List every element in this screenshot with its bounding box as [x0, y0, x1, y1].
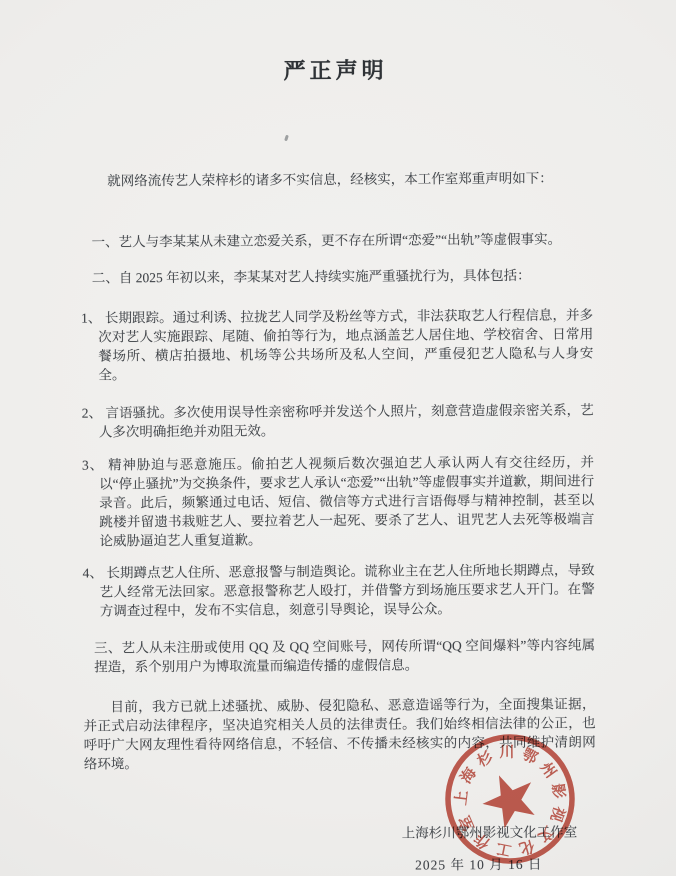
- harassment-item-4: 4、 长期蹲点艺人住所、恶意报警与制造舆论。谎称业主在艺人住所地长期蹲点，导致艺…: [83, 560, 595, 620]
- intro-paragraph: 就网络流传艺人荣梓杉的诸多不实信息，经核实，本工作室郑重声明如下：: [80, 168, 592, 190]
- clause-two: 二、自 2025 年初以来，李某某对艺人持续实施严重骚扰行为，具体包括：: [92, 265, 593, 287]
- statement-body: 严正声明 就网络流传艺人荣梓杉的诸多不实信息，经核实，本工作室郑重声明如下： 一…: [80, 54, 597, 876]
- statement-date: 2025 年 10 月 16 日: [84, 855, 542, 876]
- closing-paragraph: 目前，我方已就上述骚扰、威胁、侵犯隐私、恶意造谣等行为，全面搜集证据，并正式启动…: [83, 694, 595, 773]
- harassment-item-1: 1、 长期跟踪。通过利诱、拉拢艺人同学及粉丝等方式，非法获取艺人行程信息，并多次…: [81, 305, 593, 384]
- statement-title: 严正声明: [80, 54, 592, 87]
- harassment-item-3: 3、 精神胁迫与恶意施压。偷拍艺人视频后数次强迫艺人承认两人有交往经历，并以“停…: [82, 452, 595, 550]
- harassment-item-2: 2、 言语骚扰。多次使用误导性亲密称呼并发送个人照片，刻意营造虚假亲密关系，艺人…: [82, 400, 594, 441]
- clause-three: 三、艺人从未注册或使用 QQ 及 QQ 空间账号，网传所谓“QQ 空间爆料”等内…: [94, 635, 595, 676]
- document-page: 严正声明 就网络流传艺人荣梓杉的诸多不实信息，经核实，本工作室郑重声明如下： 一…: [0, 0, 676, 876]
- clause-one: 一、艺人与李某某从未建立恋爱关系，更不存在所谓“恋爱”“出轨”等虚假事实。: [92, 229, 593, 251]
- studio-signature: 上海杉川鄂州影视文化工作室: [84, 823, 577, 845]
